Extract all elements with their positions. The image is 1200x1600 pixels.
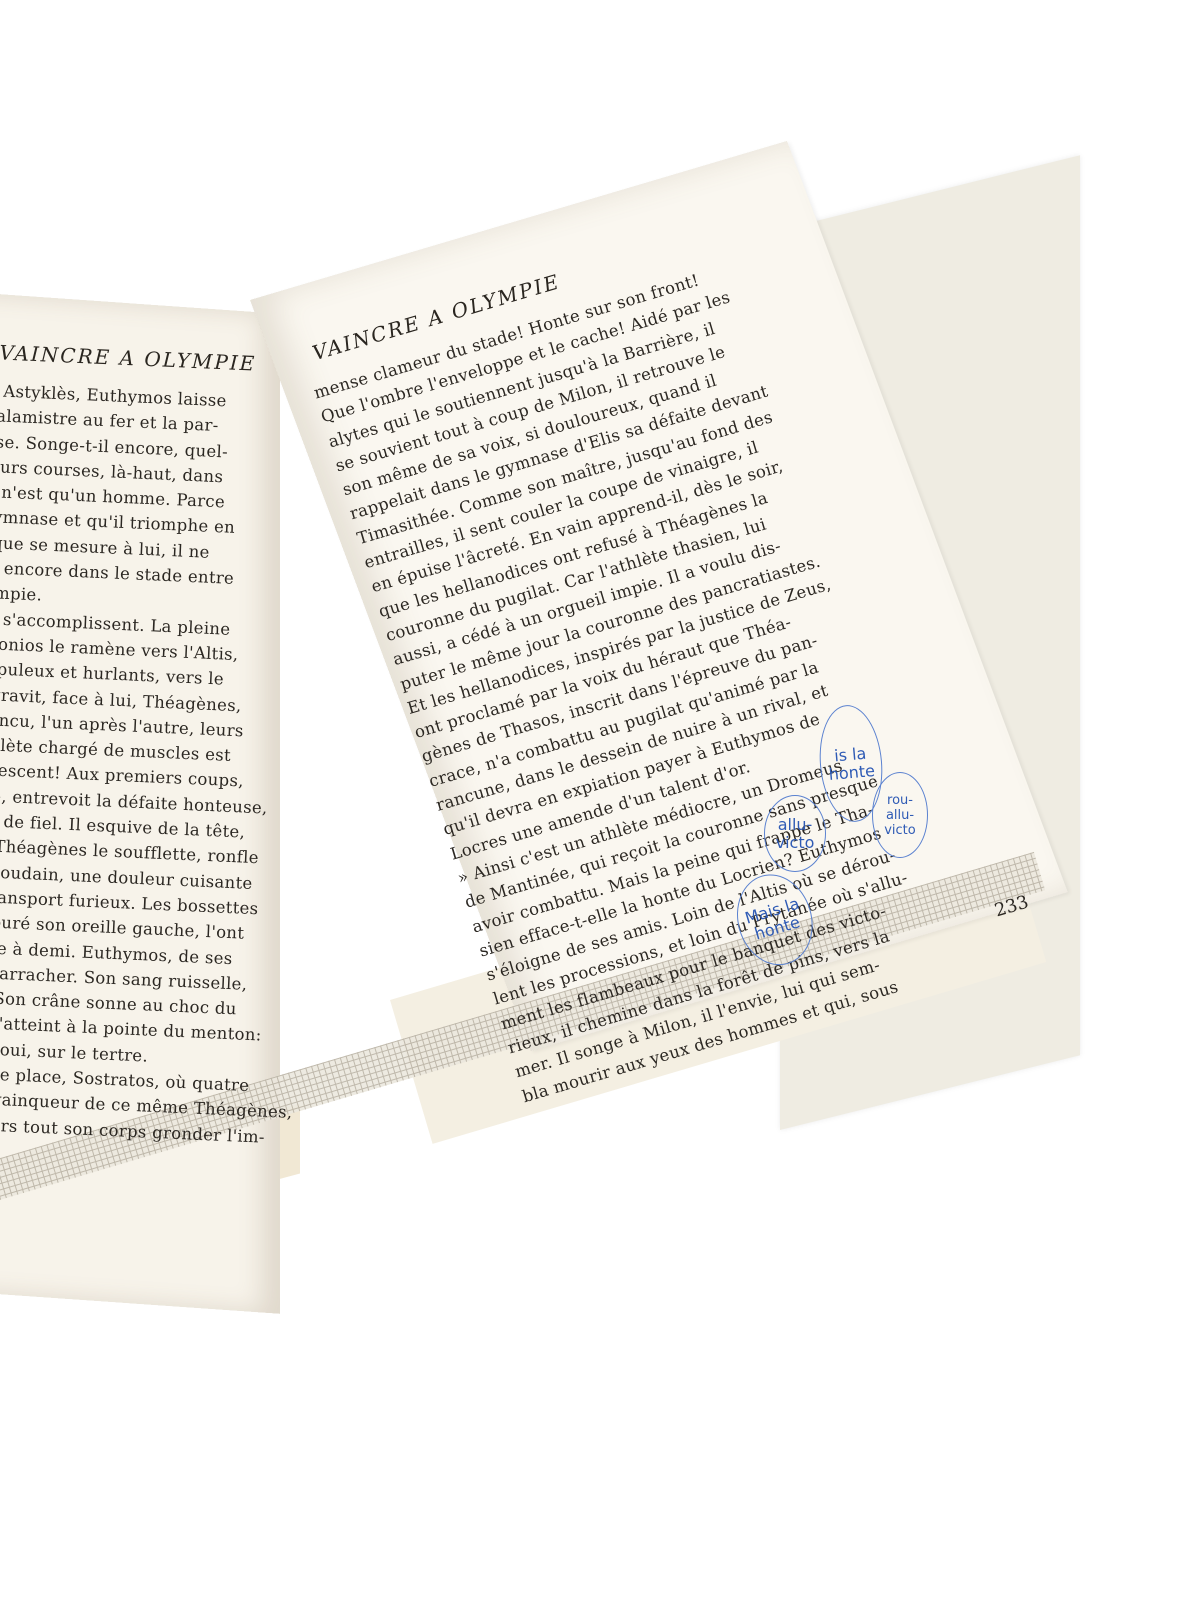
annotation-text: rou- (887, 793, 913, 808)
annotation-text: victo (884, 823, 916, 838)
annotation-circle-3: allu- victo (764, 795, 826, 872)
annotation-circle-4: rou- allu- victo (872, 772, 928, 858)
annotation-text: victo (776, 834, 815, 852)
book-photo: VAINCRE A OLYMPIE e Astyklès, Euthymos l… (0, 0, 1200, 1600)
annotation-text: honte (828, 761, 876, 783)
annotation-text: allu- (778, 816, 813, 834)
left-page-lines: e Astyklès, Euthymos laissecalamistre au… (0, 378, 288, 1149)
left-page-text: VAINCRE A OLYMPIE e Astyklès, Euthymos l… (0, 340, 290, 1149)
annotation-text: allu- (886, 808, 914, 823)
